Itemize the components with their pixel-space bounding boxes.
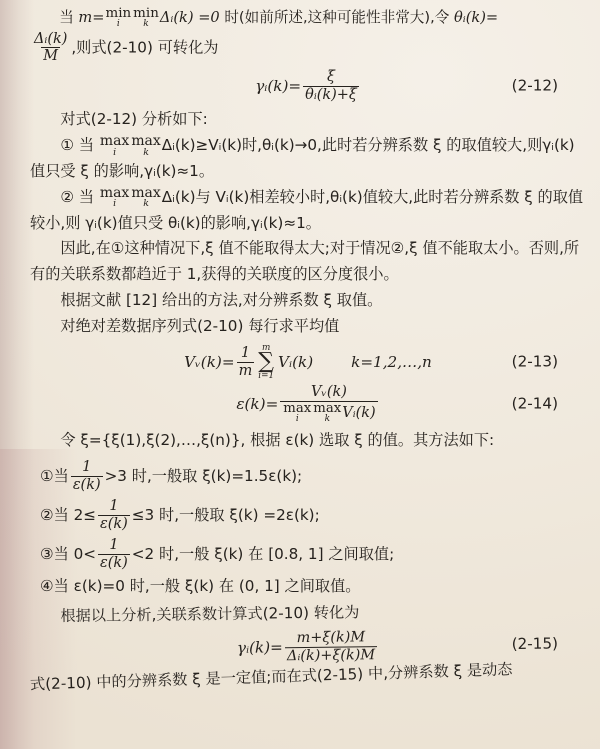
fraction: 1ε(k) [98,498,130,532]
circled-number-2: ② [60,188,78,206]
max-subscript-i: i [113,148,116,157]
paragraph-row-average: 对绝对差数据序列式(2-10) 每行求平均值 [30,314,586,340]
list-item-1: ① 当 maximaxkΔᵢ(k)≥Vᵢ(k)时,θᵢ(k)→0,此时若分辨系数… [30,133,586,185]
text-run: 当 [79,136,99,154]
circled-number-1: ① [40,467,54,486]
equation-lhs: Vᵥ(k)= [184,353,234,372]
max-label: max [131,186,160,200]
equation-tag: (2-13) [512,353,558,372]
math-run: Δᵢ(k) =0 [160,9,220,26]
summation-lower-limit: i=1 [258,372,274,380]
fraction-numerator: m+ξ(k)M [294,630,367,647]
fraction: 1ε(k) [71,459,103,493]
circled-number-3: ③ [40,545,54,564]
equation-2-14: ε(k)=Vᵥ(k)maximaxkVᵢ(k) (2-14) [30,384,586,424]
text-run: <2 时,一般 ξ(k) 在 [0.8, 1] 之间取值; [132,545,394,564]
index-condition: k=1,2,…,n [351,353,432,372]
circled-number-1: ① [60,136,78,154]
max-operator: maxi [283,402,311,424]
max-subscript-i: i [296,415,299,424]
fraction-numerator: 1 [107,537,120,554]
max-operator: maxk [131,186,160,209]
max-operator: maxk [131,134,160,157]
equation-tag: (2-12) [512,77,558,96]
equation-lhs: γᵢ(k)= [255,77,301,96]
max-operator: maxi [100,186,129,209]
min-label: min [133,7,159,20]
paragraph-intro-line2: Δᵢ(k)M,则式(2-10) 可转化为 [30,31,586,65]
text-run: >3 时,一般取 ξ(k)=1.5ε(k); [105,467,303,486]
text-run: 当 [54,467,69,486]
method-item-3: ③ 当 0<1ε(k)<2 时,一般 ξ(k) 在 [0.8, 1] 之间取值; [40,537,586,571]
max-operator: maxi [100,134,129,157]
max-label: max [283,402,311,415]
summand: Vᵢ(k) [278,353,313,372]
paragraph-xi-selection: 令 ξ={ξ(1),ξ(2),…,ξ(n)}, 根据 ε(k) 选取 ξ 的值。… [30,428,586,454]
fraction-denominator: ε(k) [98,515,130,533]
max-operator: maxk [313,402,341,424]
paragraph-analysis-heading: 对式(2-12) 分析如下: [30,107,586,133]
text-run: 当 0< [54,545,96,564]
max-subscript-k: k [143,148,149,157]
method-item-4: ④ 当 ε(k)=0 时,一般 ξ(k) 在 (0, 1] 之间取值。 [40,577,586,596]
sigma-symbol: ∑ [258,352,274,372]
fraction-denominator: maximaxkVᵢ(k) [280,401,377,424]
text-run: ≤3 时,一般取 ξ(k) =2ε(k); [132,506,320,525]
math-run: m= [78,9,104,26]
min-operator: mink [133,7,159,29]
paragraph-reference-method: 根据文献 [12] 给出的方法,对分辨系数 ξ 取值。 [30,288,586,314]
fraction: Vᵥ(k)maximaxkVᵢ(k) [280,384,377,424]
equation-2-13: Vᵥ(k)=1mm∑i=1Vᵢ(k)k=1,2,…,n (2-13) [30,344,586,381]
text-run: ,则式(2-10) 可转化为 [71,38,218,56]
paragraph-intro-line1: 当 m=miniminkΔᵢ(k) =0 时(如前所述,这种可能性非常大),令 … [30,6,586,31]
fraction-numerator: 1 [239,345,252,362]
max-subscript-k: k [143,199,149,208]
denominator-term: Vᵢ(k) [342,405,375,421]
method-item-1: ① 当1ε(k)>3 时,一般取 ξ(k)=1.5ε(k); [40,459,586,493]
method-item-2: ② 当 2≤1ε(k)≤3 时,一般取 ξ(k) =2ε(k); [40,498,586,532]
text-run: 当 ε(k)=0 时,一般 ξ(k) 在 (0, 1] 之间取值。 [54,577,361,596]
fraction-denominator: ε(k) [98,554,130,572]
max-label: max [100,134,129,148]
text-run: 当 2≤ [54,506,96,525]
fraction-numerator: Δᵢ(k) [32,31,69,48]
paragraph-transition: 根据以上分析,关联系数计算式(2-10) 转化为 [30,597,586,630]
equation-lhs: γᵢ(k)= [237,638,283,658]
fraction-numerator: 1 [107,498,120,515]
fraction-denominator: ε(k) [71,476,103,494]
summation-operator: m∑i=1 [258,344,274,381]
math-run: θᵢ(k)= [454,9,498,26]
page-content: 当 m=miniminkΔᵢ(k) =0 时(如前所述,这种可能性非常大),令 … [0,0,600,694]
equation-tag: (2-14) [512,395,558,414]
fraction: Δᵢ(k)M [32,31,69,65]
equation-lhs: ε(k)= [236,395,278,414]
text-run: 当 [59,9,78,26]
fraction-denominator: M [41,47,60,65]
circled-number-4: ④ [40,577,54,596]
paragraph-conclusion: 因此,在①这种情况下,ξ 值不能取得太大;对于情况②,ξ 值不能取太小。否则,所… [30,236,586,288]
equation-tag: (2-15) [512,635,559,655]
max-label: max [131,134,160,148]
fraction-numerator: Vᵥ(k) [309,384,349,401]
max-subscript-k: k [325,415,330,424]
max-subscript-i: i [113,199,116,208]
min-label: min [106,7,132,20]
fraction-numerator: ξ [325,69,337,86]
min-subscript-i: i [117,20,120,29]
min-operator: mini [106,7,132,29]
text-run: 当 [79,188,99,206]
fraction: ξθᵢ(k)+ξ [303,69,359,103]
fraction-numerator: 1 [80,459,93,476]
fraction: m+ξ(k)MΔᵢ(k)+ξ(k)M [285,630,378,665]
equation-2-12: γᵢ(k)=ξθᵢ(k)+ξ (2-12) [30,69,586,103]
fraction-denominator: θᵢ(k)+ξ [303,86,359,104]
fraction: 1m [237,345,255,379]
text-run: 时(如前所述,这种可能性非常大),令 [220,9,454,26]
fraction-denominator: m [237,362,255,380]
fraction: 1ε(k) [98,537,130,571]
list-item-2: ② 当 maximaxkΔᵢ(k)与 Vᵢ(k)相差较小时,θᵢ(k)值较大,此… [30,185,586,237]
scanned-paper-page: 当 m=miniminkΔᵢ(k) =0 时(如前所述,这种可能性非常大),令 … [0,0,600,749]
max-label: max [100,186,129,200]
circled-number-2: ② [40,506,54,525]
max-label: max [313,402,341,415]
min-subscript-k: k [143,20,148,29]
